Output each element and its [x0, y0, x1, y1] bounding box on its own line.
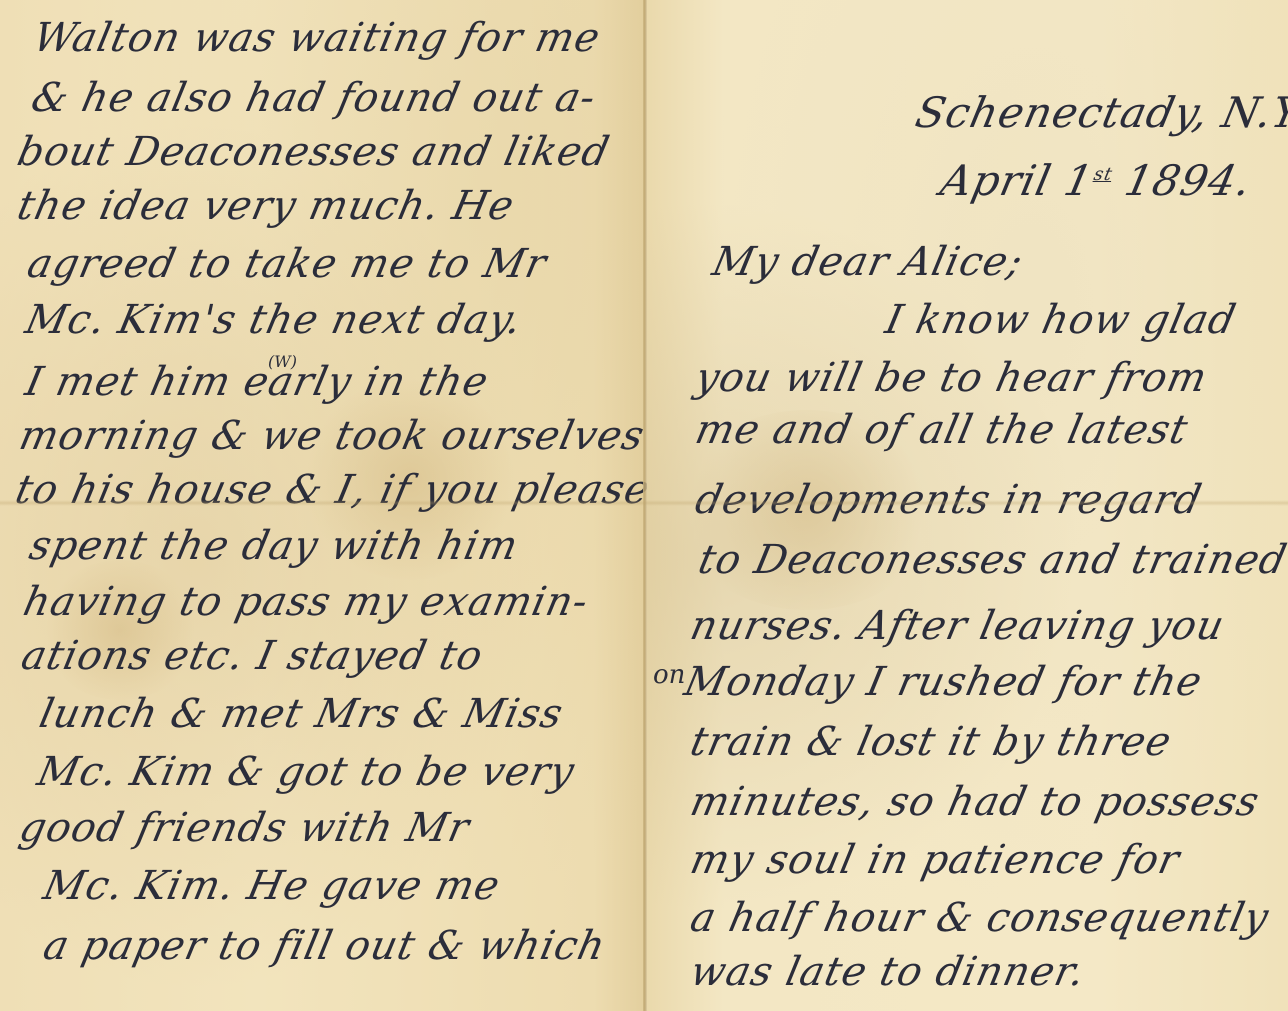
letter-line: & he also had found out a-	[28, 78, 600, 118]
letter-line: my soul in patience for	[687, 840, 1183, 880]
letter-line: spent the day with him	[26, 526, 522, 566]
letter-salutation: My dear Alice;	[709, 242, 1027, 282]
letter-line: Mc. Kim. He gave me	[40, 866, 504, 906]
letter-location: Schenectady, N.Y.	[912, 92, 1288, 134]
letter-line: agreed to take me to Mr	[24, 244, 550, 284]
letter-line: to Deaconesses and trained	[695, 540, 1288, 580]
letter-line: Monday I rushed for the	[681, 662, 1206, 702]
letter-line: a half hour & consequently	[687, 898, 1272, 938]
letter-line: was late to dinner.	[687, 952, 1089, 992]
letter-line: ations etc. I stayed to	[18, 636, 487, 676]
letter-line: morning & we took ourselves	[16, 416, 648, 456]
letter-line: the idea very much. He	[14, 186, 518, 226]
letter-line: you will be to hear from	[692, 358, 1211, 398]
date-month-day: April 1	[936, 156, 1098, 205]
letter-line: minutes, so had to possess	[687, 782, 1263, 822]
letter-scan: Walton was waiting for me & he also had …	[0, 0, 1288, 1011]
letter-line: a paper to fill out & which	[40, 926, 609, 966]
letter-line: good friends with Mr	[16, 808, 473, 848]
letter-line: me and of all the latest	[692, 410, 1192, 450]
letter-line: nurses. After leaving you	[687, 606, 1228, 646]
letter-date: April 1st 1894.	[937, 160, 1255, 202]
letter-line: Walton was waiting for me	[30, 18, 604, 58]
letter-line: Mc. Kim & got to be very	[34, 752, 578, 792]
margin-note: on	[653, 660, 685, 690]
letter-line: I know how glad	[882, 300, 1240, 340]
horizontal-crease	[0, 500, 1288, 506]
letter-line: lunch & met Mrs & Miss	[36, 694, 567, 734]
letter-line: I met him early in the	[22, 362, 492, 402]
letter-line: Mc. Kim's the next day.	[22, 300, 526, 340]
letter-line: train & lost it by three	[687, 722, 1175, 762]
date-suffix: st	[1092, 164, 1115, 185]
letter-line: having to pass my examin-	[20, 582, 592, 622]
letter-line: bout Deaconesses and liked	[14, 132, 613, 172]
date-year: 1894.	[1120, 156, 1256, 205]
